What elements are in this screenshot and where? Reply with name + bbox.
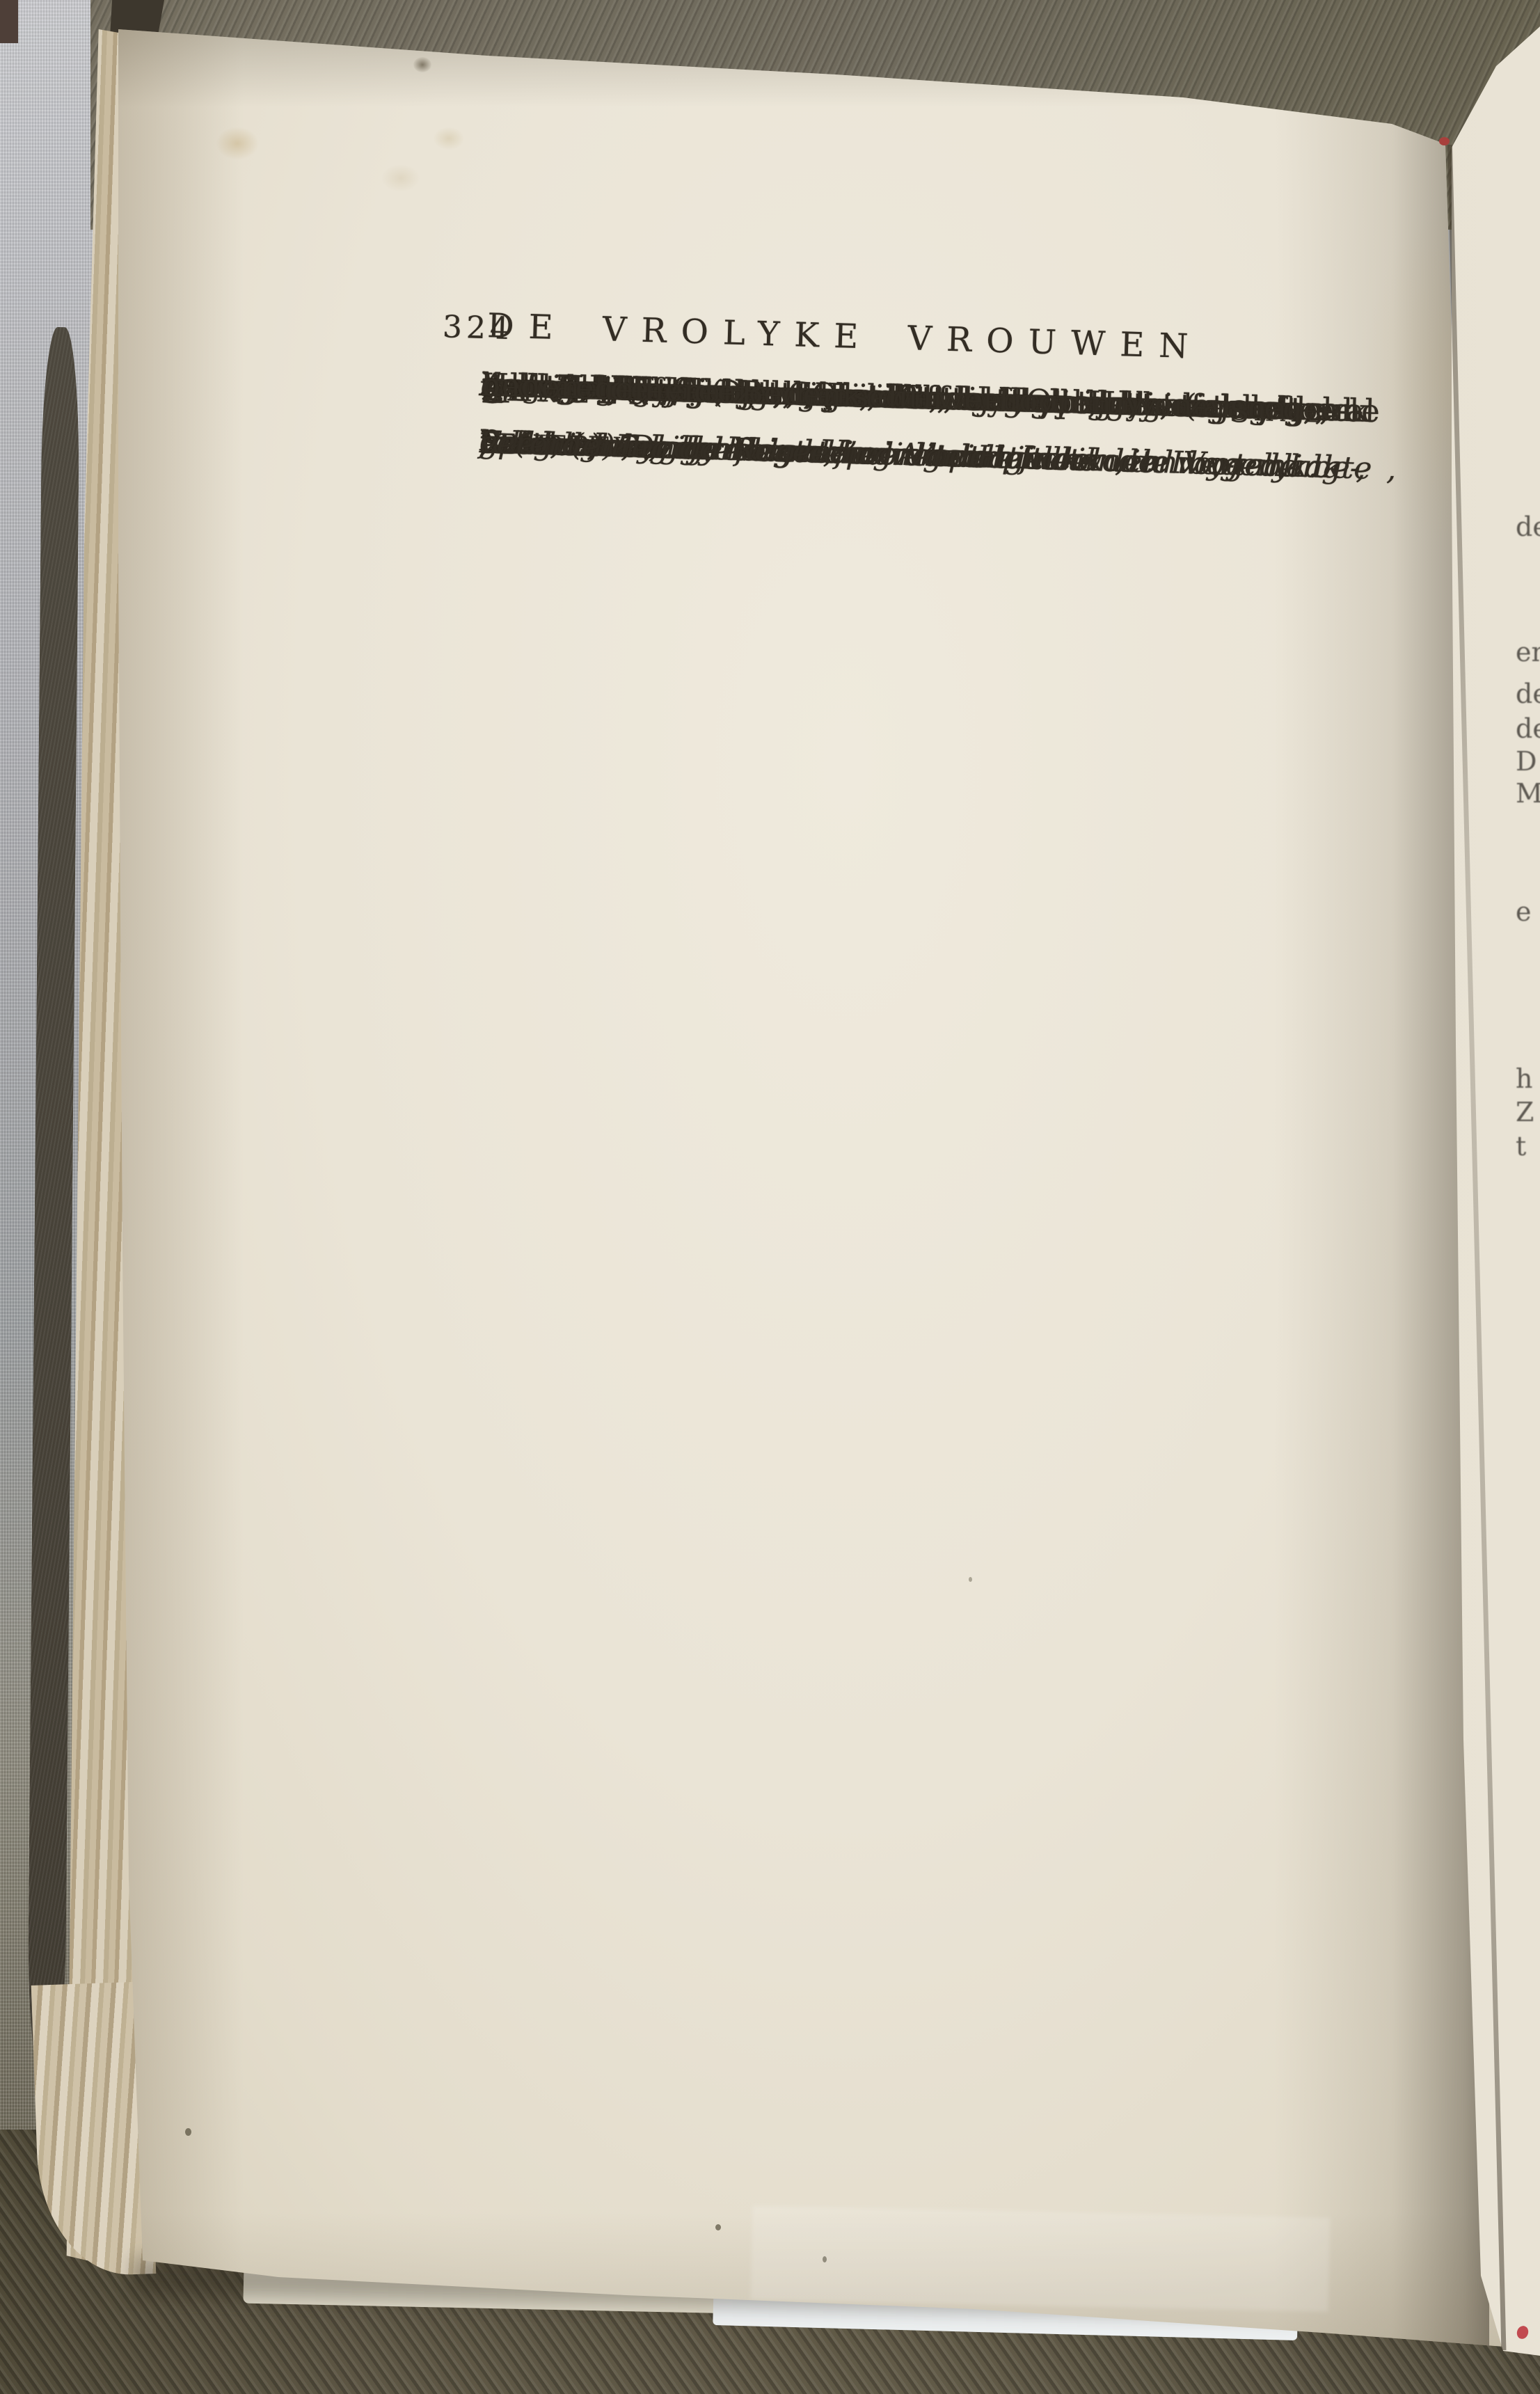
reflection-patch — [751, 2205, 1331, 2311]
book-photo: 324 DE VROLYKE VROUWEN SLENDER.Zekerlyk … — [0, 0, 1540, 2394]
book-board-corner — [0, 0, 18, 43]
ink-speck — [185, 2128, 191, 2136]
red-marker-top — [1439, 137, 1450, 145]
ink-speck — [715, 2224, 721, 2230]
page-fragment-text: h — [1516, 1063, 1532, 1094]
foxing-stain — [216, 127, 259, 160]
ink-speck — [969, 1577, 972, 1582]
book-page: 324 DE VROLYKE VROUWEN SLENDER.Zekerlyk … — [0, 0, 1540, 2394]
printed-text-block: 324 DE VROLYKE VROUWEN SLENDER.Zekerlyk … — [480, 306, 1384, 450]
page-fragment-text: e — [1516, 896, 1532, 927]
italic-text: verordening aan. — [479, 423, 750, 470]
page-fragment-text: M — [1516, 778, 1540, 809]
page-fragment-text: der — [1516, 679, 1540, 709]
page-fragment-text: D — [1516, 746, 1537, 777]
page-fragment-text: en — [1516, 637, 1540, 667]
heading-initial: S — [1229, 397, 1256, 428]
foxing-stain — [433, 127, 465, 150]
page-fragment-text: de — [1516, 512, 1540, 542]
page-fragment-text: de — [1516, 713, 1540, 744]
foxing-stain — [381, 164, 420, 192]
dirt-spot — [413, 57, 431, 72]
page-fragment-text: Z — [1516, 1097, 1534, 1127]
page-fragment-text: t — [1516, 1131, 1526, 1162]
running-title: DE VROLYKE VROUWEN — [486, 306, 1203, 366]
